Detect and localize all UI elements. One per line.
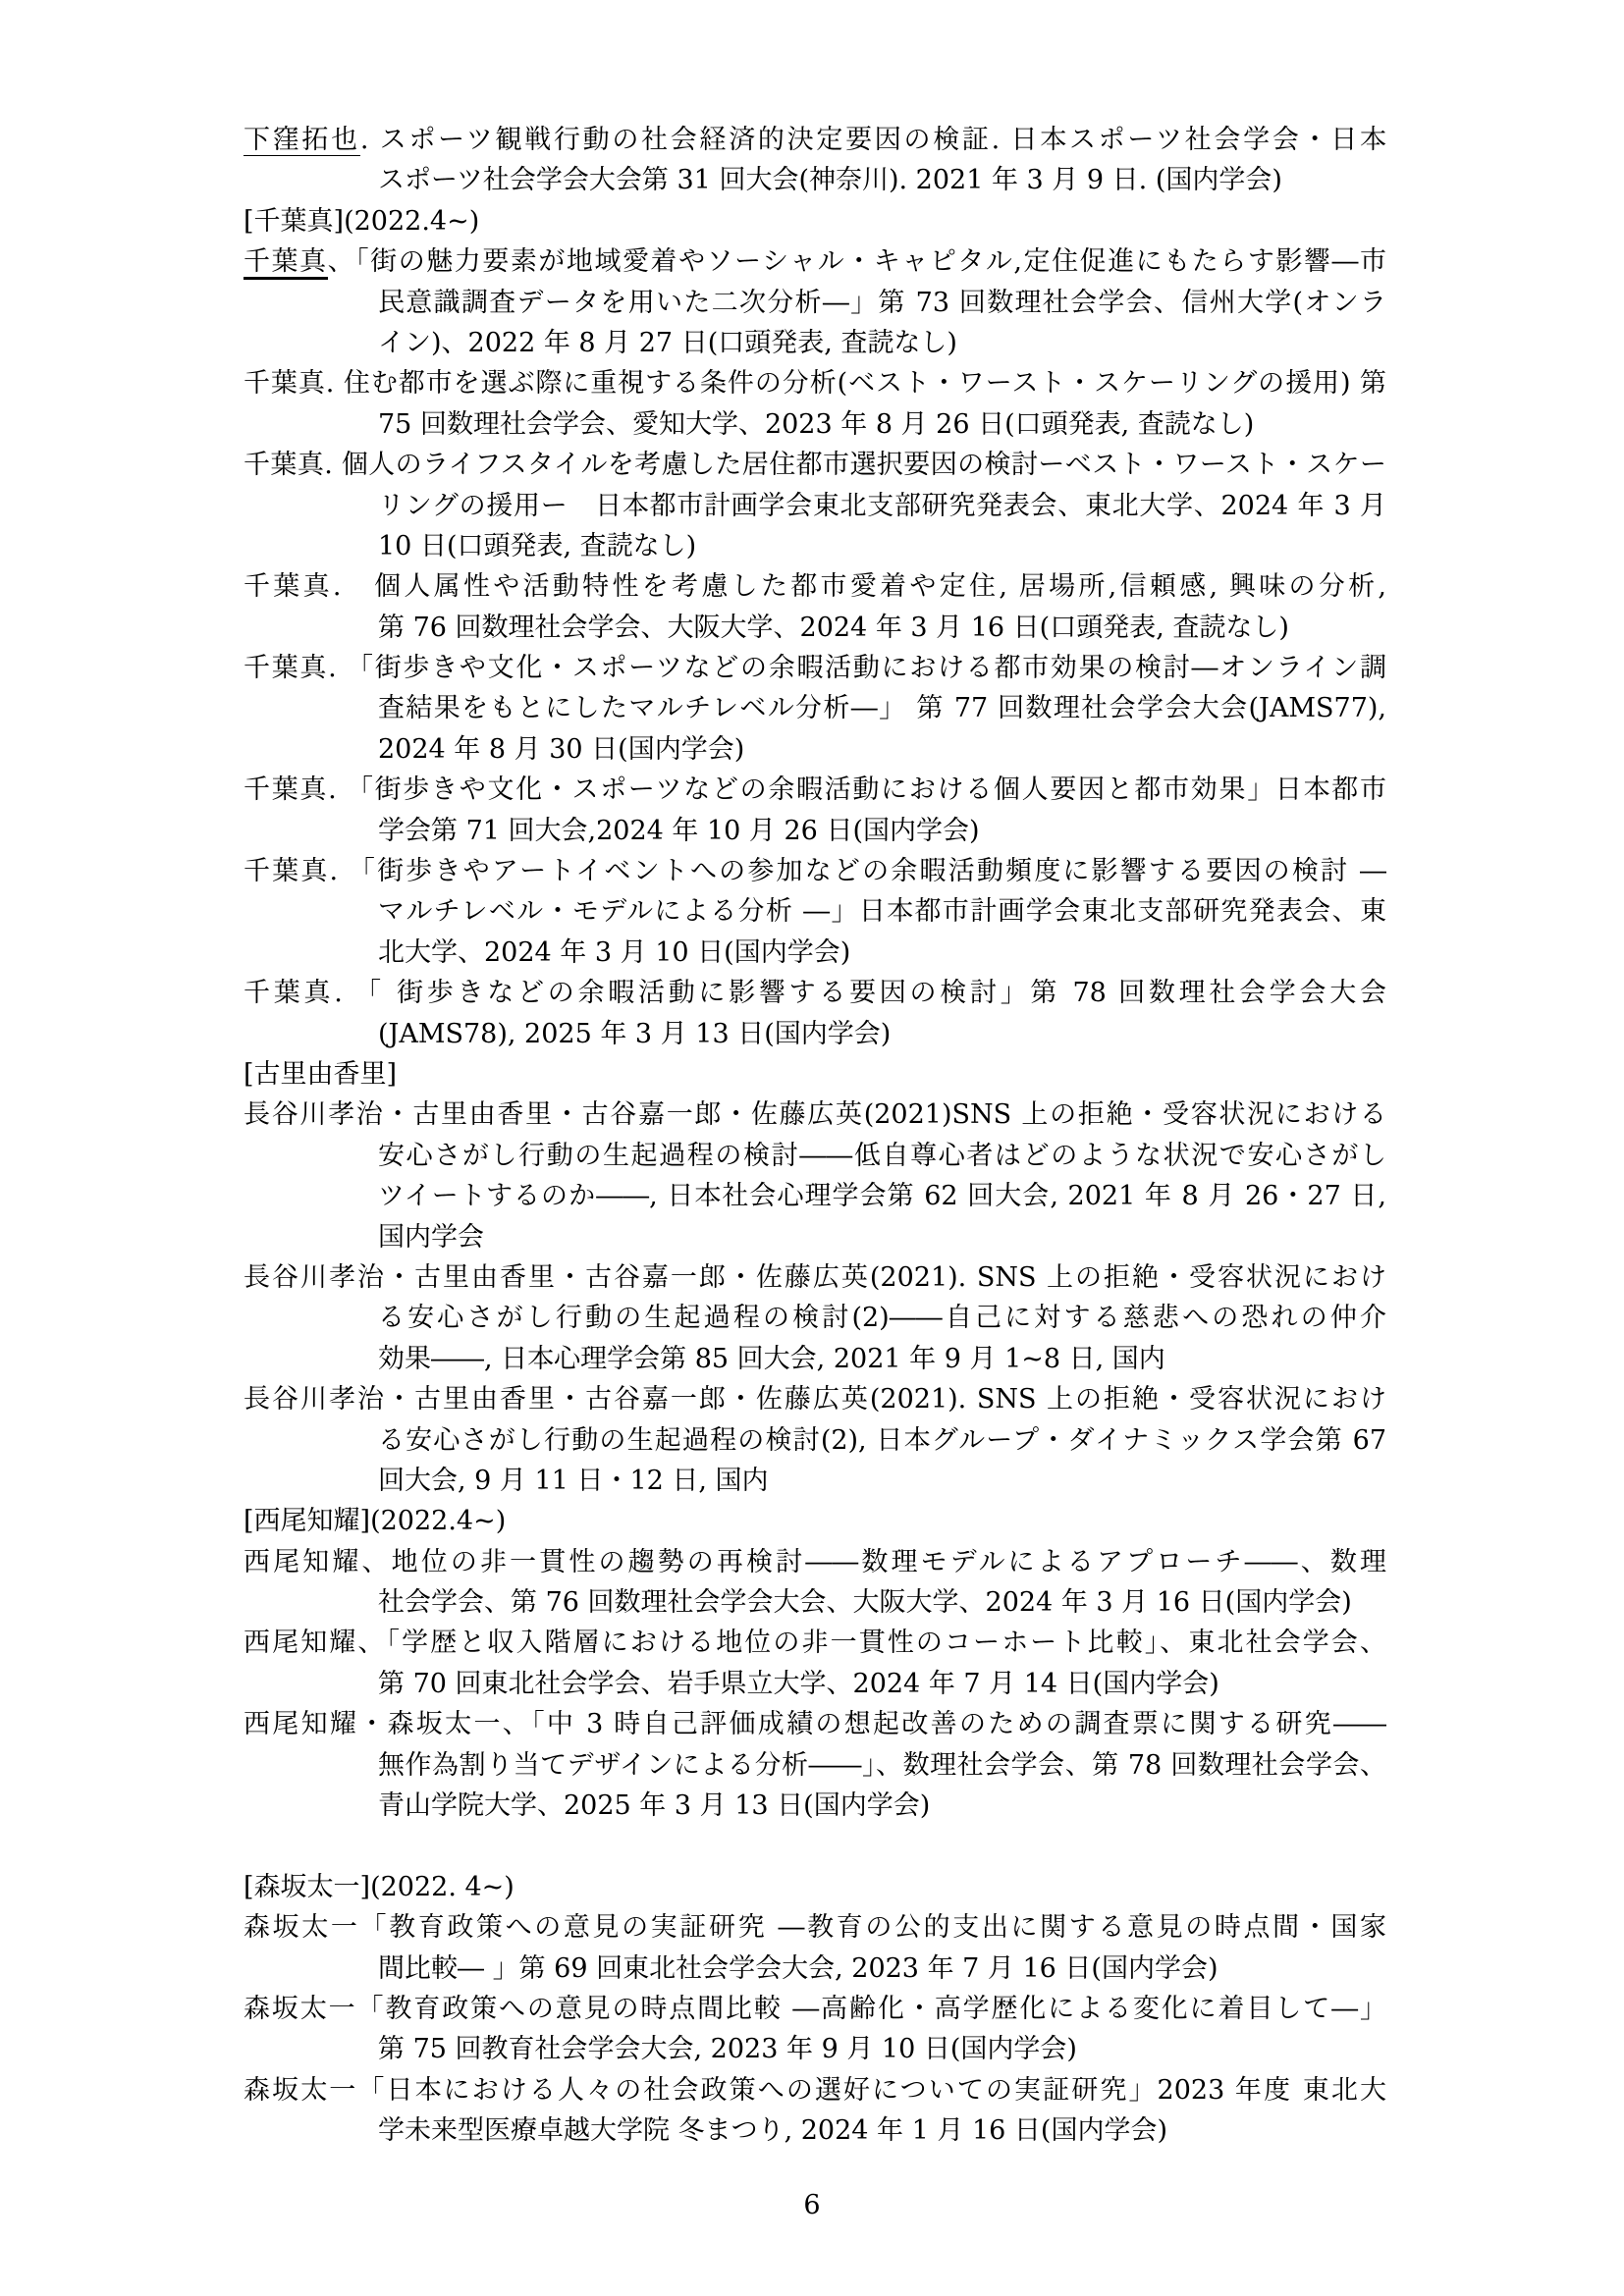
document-page: 下窪拓也. スポーツ観戦行動の社会経済的決定要因の検証. 日本スポーツ社会学会・… bbox=[0, 0, 1624, 2296]
reference-line: 西尾知耀、地位の非一貫性の趨勢の再検討――数理モデルによるアプローチ――、数理 bbox=[244, 1542, 1386, 1582]
reference-text: 長谷川孝治・古里由香里・古谷嘉一郎・佐藤広英(2021). SNS 上の拒絶・受… bbox=[244, 1262, 1386, 1293]
reference-text: 千葉真. 個人属性や活動特性を考慮した都市愛着や定住, 居場所,信頼感, 興味の… bbox=[244, 571, 1386, 602]
reference-text: 森坂太一「教育政策への意見の実証研究 ―教育の公的支出に関する意見の時点間・国家 bbox=[244, 1912, 1386, 1943]
reference-line: る安心さがし行動の生起過程の検討(2), 日本グループ・ダイナミックス学会第 6… bbox=[244, 1420, 1386, 1461]
bibliography-lines: 下窪拓也. スポーツ観戦行動の社会経済的決定要因の検証. 日本スポーツ社会学会・… bbox=[244, 120, 1386, 2152]
reference-text: 10 日(口頭発表, 査読なし) bbox=[378, 531, 696, 561]
reference-line: 長谷川孝治・古里由香里・古谷嘉一郎・佐藤広英(2021). SNS 上の拒絶・受… bbox=[244, 1379, 1386, 1419]
reference-line: 青山学院大学、2025 年 3 月 13 日(国内学会) bbox=[244, 1786, 1386, 1826]
reference-text: 千葉真. 住む都市を選ぶ際に重視する条件の分析(ベスト・ワースト・スケーリングの… bbox=[244, 368, 1386, 399]
reference-text: る安心さがし行動の生起過程の検討(2)――自己に対する慈悲への恐れの仲介 bbox=[378, 1303, 1386, 1333]
underlined-author-name: 千葉真 bbox=[244, 246, 328, 280]
reference-text: 青山学院大学、2025 年 3 月 13 日(国内学会) bbox=[378, 1790, 930, 1821]
reference-line: 社会学会、第 76 回数理社会学会大会、大阪大学、2024 年 3 月 16 日… bbox=[244, 1582, 1386, 1623]
reference-text: 長谷川孝治・古里由香里・古谷嘉一郎・佐藤広英(2021)SNS 上の拒絶・受容状… bbox=[244, 1099, 1386, 1130]
reference-text: マルチレベル・モデルによる分析 ―」日本都市計画学会東北支部研究発表会、東 bbox=[378, 896, 1386, 927]
reference-text: 千葉真. 「 街歩きなどの余暇活動に影響する要因の検討」第 78 回数理社会学会… bbox=[244, 978, 1386, 1008]
reference-line: 75 回数理社会学会、愛知大学、2023 年 8 月 26 日(口頭発表, 査読… bbox=[244, 404, 1386, 445]
reference-text: 北大学、2024 年 3 月 10 日(国内学会) bbox=[378, 937, 850, 968]
reference-text: . スポーツ観戦行動の社会経済的決定要因の検証. 日本スポーツ社会学会・日本 bbox=[360, 125, 1386, 155]
reference-line: 千葉真. 「街歩きやアートイベントへの参加などの余暇活動頻度に影響する要因の検討… bbox=[244, 851, 1386, 891]
reference-text: 間比較― 」第 69 回東北社会学会大会, 2023 年 7 月 16 日(国内… bbox=[378, 1953, 1218, 1984]
reference-line: 第 76 回数理社会学会、大阪大学、2024 年 3 月 16 日(口頭発表, … bbox=[244, 608, 1386, 648]
reference-text: 千葉真. 「街歩きやアートイベントへの参加などの余暇活動頻度に影響する要因の検討… bbox=[244, 856, 1386, 886]
reference-line: 民意識調査データを用いた二次分析―」第 73 回数理社会学会、信州大学(オンラ bbox=[244, 283, 1386, 323]
reference-text: 西尾知耀、地位の非一貫性の趨勢の再検討――数理モデルによるアプローチ――、数理 bbox=[244, 1547, 1386, 1577]
reference-line: 長谷川孝治・古里由香里・古谷嘉一郎・佐藤広英(2021)SNS 上の拒絶・受容状… bbox=[244, 1095, 1386, 1135]
reference-line: 森坂太一「教育政策への意見の時点間比較 ―高齢化・高学歴化による変化に着目して―… bbox=[244, 1989, 1386, 2029]
reference-text: 千葉真. 「街歩きや文化・スポーツなどの余暇活動における都市効果の検討―オンライ… bbox=[244, 653, 1386, 683]
reference-text: 民意識調査データを用いた二次分析―」第 73 回数理社会学会、信州大学(オンラ bbox=[378, 288, 1386, 318]
reference-text: 回大会, 9 月 11 日・12 日, 国内 bbox=[378, 1466, 769, 1496]
reference-line: 第 75 回教育社会学会大会, 2023 年 9 月 10 日(国内学会) bbox=[244, 2029, 1386, 2069]
reference-line: 間比較― 」第 69 回東北社会学会大会, 2023 年 7 月 16 日(国内… bbox=[244, 1949, 1386, 1989]
reference-line: 千葉真. 個人のライフスタイルを考慮した居住都市選択要因の検討ーベスト・ワースト… bbox=[244, 445, 1386, 485]
reference-line: マルチレベル・モデルによる分析 ―」日本都市計画学会東北支部研究発表会、東 bbox=[244, 891, 1386, 932]
reference-text: [森坂太一](2022. 4~) bbox=[244, 1872, 514, 1902]
reference-text: イン)、2022 年 8 月 27 日(口頭発表, 査読なし) bbox=[378, 328, 957, 358]
reference-text: 森坂太一「教育政策への意見の時点間比較 ―高齢化・高学歴化による変化に着目して―… bbox=[244, 1994, 1386, 2024]
reference-line: 10 日(口頭発表, 査読なし) bbox=[244, 526, 1386, 566]
reference-line: [千葉真](2022.4~) bbox=[244, 201, 1386, 241]
reference-text: [千葉真](2022.4~) bbox=[244, 206, 479, 237]
reference-line: 第 70 回東北社会学会、岩手県立大学、2024 年 7 月 14 日(国内学会… bbox=[244, 1664, 1386, 1704]
reference-text: 第 70 回東北社会学会、岩手県立大学、2024 年 7 月 14 日(国内学会… bbox=[378, 1669, 1219, 1699]
reference-line: 長谷川孝治・古里由香里・古谷嘉一郎・佐藤広英(2021). SNS 上の拒絶・受… bbox=[244, 1257, 1386, 1298]
reference-line: [西尾知耀](2022.4~) bbox=[244, 1501, 1386, 1541]
reference-line: 査結果をもとにしたマルチレベル分析―」 第 77 回数理社会学会大会(JAMS7… bbox=[244, 688, 1386, 728]
reference-text: 効果――, 日本心理学会第 85 回大会, 2021 年 9 月 1~8 日, … bbox=[378, 1344, 1165, 1374]
reference-line: 千葉真、「街の魅力要素が地域愛着やソーシャル・キャピタル,定住促進にもたらす影響… bbox=[244, 241, 1386, 282]
reference-text: 長谷川孝治・古里由香里・古谷嘉一郎・佐藤広英(2021). SNS 上の拒絶・受… bbox=[244, 1384, 1386, 1415]
reference-line: [古里由香里] bbox=[244, 1054, 1386, 1095]
reference-line: 学未来型医療卓越大学院 冬まつり, 2024 年 1 月 16 日(国内学会) bbox=[244, 2110, 1386, 2151]
reference-text: 査結果をもとにしたマルチレベル分析―」 第 77 回数理社会学会大会(JAMS7… bbox=[378, 693, 1386, 723]
reference-text: 学未来型医療卓越大学院 冬まつり, 2024 年 1 月 16 日(国内学会) bbox=[378, 2115, 1167, 2146]
reference-line: 下窪拓也. スポーツ観戦行動の社会経済的決定要因の検証. 日本スポーツ社会学会・… bbox=[244, 120, 1386, 160]
reference-line: 千葉真. 住む都市を選ぶ際に重視する条件の分析(ベスト・ワースト・スケーリングの… bbox=[244, 363, 1386, 403]
page-number: 6 bbox=[0, 2185, 1624, 2225]
reference-text: リングの援用ー 日本都市計画学会東北支部研究発表会、東北大学、2024 年 3 … bbox=[378, 491, 1386, 521]
blank-line bbox=[244, 1826, 1386, 1866]
reference-line: 森坂太一「日本における人々の社会政策への選好についての実証研究」2023 年度 … bbox=[244, 2070, 1386, 2110]
reference-text: スポーツ社会学会大会第 31 回大会(神奈川). 2021 年 3 月 9 日.… bbox=[378, 165, 1282, 195]
reference-line: 北大学、2024 年 3 月 10 日(国内学会) bbox=[244, 933, 1386, 973]
reference-text: 安心さがし行動の生起過程の検討――低自尊心者はどのような状況で安心さがし bbox=[378, 1141, 1386, 1171]
reference-line: 森坂太一「教育政策への意見の実証研究 ―教育の公的支出に関する意見の時点間・国家 bbox=[244, 1907, 1386, 1948]
reference-line: イン)、2022 年 8 月 27 日(口頭発表, 査読なし) bbox=[244, 323, 1386, 363]
underlined-author-name: 下窪拓也 bbox=[244, 125, 360, 156]
reference-text: 社会学会、第 76 回数理社会学会大会、大阪大学、2024 年 3 月 16 日… bbox=[378, 1587, 1352, 1618]
reference-text: [西尾知耀](2022.4~) bbox=[244, 1506, 506, 1536]
reference-line: 2024 年 8 月 30 日(国内学会) bbox=[244, 729, 1386, 770]
reference-line: 西尾知耀、「学歴と収入階層における地位の非一貫性のコーホート比較」、東北社会学会… bbox=[244, 1623, 1386, 1663]
reference-line: 千葉真. 「街歩きや文化・スポーツなどの余暇活動における個人要因と都市効果」日本… bbox=[244, 770, 1386, 810]
reference-line: 西尾知耀・森坂太一、「中 3 時自己評価成績の想起改善のための調査票に関する研究… bbox=[244, 1704, 1386, 1744]
reference-text: 第 75 回教育社会学会大会, 2023 年 9 月 10 日(国内学会) bbox=[378, 2034, 1077, 2064]
reference-line: 安心さがし行動の生起過程の検討――低自尊心者はどのような状況で安心さがし bbox=[244, 1136, 1386, 1176]
reference-line: 千葉真. 「街歩きや文化・スポーツなどの余暇活動における都市効果の検討―オンライ… bbox=[244, 648, 1386, 688]
reference-line: 回大会, 9 月 11 日・12 日, 国内 bbox=[244, 1461, 1386, 1501]
reference-text: 西尾知耀・森坂太一、「中 3 時自己評価成績の想起改善のための調査票に関する研究… bbox=[244, 1709, 1386, 1739]
reference-text: 75 回数理社会学会、愛知大学、2023 年 8 月 26 日(口頭発表, 査読… bbox=[378, 409, 1254, 440]
reference-text: 森坂太一「日本における人々の社会政策への選好についての実証研究」2023 年度 … bbox=[244, 2075, 1386, 2106]
reference-line: 千葉真. 「 街歩きなどの余暇活動に影響する要因の検討」第 78 回数理社会学会… bbox=[244, 973, 1386, 1013]
reference-text: 無作為割り当てデザインによる分析――」、数理社会学会、第 78 回数理社会学会、 bbox=[378, 1750, 1386, 1781]
reference-text: 、「街の魅力要素が地域愛着やソーシャル・キャピタル,定住促進にもたらす影響―市 bbox=[328, 246, 1386, 277]
reference-text: ツイートするのか――, 日本社会心理学会第 62 回大会, 2021 年 8 月… bbox=[378, 1181, 1386, 1211]
reference-line: ツイートするのか――, 日本社会心理学会第 62 回大会, 2021 年 8 月… bbox=[244, 1176, 1386, 1216]
reference-line: る安心さがし行動の生起過程の検討(2)――自己に対する慈悲への恐れの仲介 bbox=[244, 1298, 1386, 1338]
reference-line: スポーツ社会学会大会第 31 回大会(神奈川). 2021 年 3 月 9 日.… bbox=[244, 160, 1386, 200]
reference-line: 国内学会 bbox=[244, 1217, 1386, 1257]
reference-line: リングの援用ー 日本都市計画学会東北支部研究発表会、東北大学、2024 年 3 … bbox=[244, 486, 1386, 526]
reference-text: 2024 年 8 月 30 日(国内学会) bbox=[378, 734, 744, 765]
reference-line: [森坂太一](2022. 4~) bbox=[244, 1867, 1386, 1907]
reference-text: 国内学会 bbox=[378, 1222, 484, 1253]
reference-text: る安心さがし行動の生起過程の検討(2), 日本グループ・ダイナミックス学会第 6… bbox=[378, 1425, 1386, 1456]
reference-line: (JAMS78), 2025 年 3 月 13 日(国内学会) bbox=[244, 1014, 1386, 1054]
reference-line: 効果――, 日本心理学会第 85 回大会, 2021 年 9 月 1~8 日, … bbox=[244, 1339, 1386, 1379]
reference-text: 千葉真. 個人のライフスタイルを考慮した居住都市選択要因の検討ーベスト・ワースト… bbox=[244, 450, 1386, 480]
reference-text: (JAMS78), 2025 年 3 月 13 日(国内学会) bbox=[378, 1019, 891, 1049]
reference-text: 西尾知耀、「学歴と収入階層における地位の非一貫性のコーホート比較」、東北社会学会… bbox=[244, 1628, 1386, 1658]
reference-text: 学会第 71 回大会,2024 年 10 月 26 日(国内学会) bbox=[378, 816, 980, 846]
reference-text: [古里由香里] bbox=[244, 1059, 397, 1090]
reference-line: 無作為割り当てデザインによる分析――」、数理社会学会、第 78 回数理社会学会、 bbox=[244, 1745, 1386, 1786]
reference-text: 第 76 回数理社会学会、大阪大学、2024 年 3 月 16 日(口頭発表, … bbox=[378, 613, 1289, 643]
reference-line: 学会第 71 回大会,2024 年 10 月 26 日(国内学会) bbox=[244, 811, 1386, 851]
reference-line: 千葉真. 個人属性や活動特性を考慮した都市愛着や定住, 居場所,信頼感, 興味の… bbox=[244, 566, 1386, 607]
reference-text: 千葉真. 「街歩きや文化・スポーツなどの余暇活動における個人要因と都市効果」日本… bbox=[244, 774, 1386, 805]
